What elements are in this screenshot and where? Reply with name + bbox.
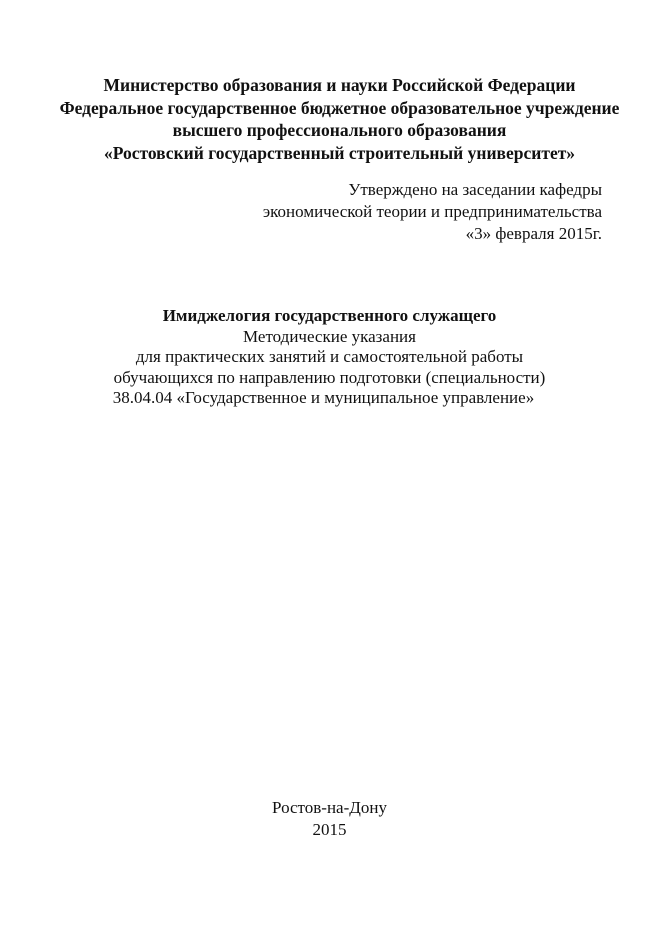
document-title: Имиджелогия государственного служащего	[0, 306, 659, 327]
document-title-block: Имиджелогия государственного служащего М…	[0, 306, 659, 409]
university-name: «Ростовский государственный строительный…	[10, 142, 659, 165]
footer-year: 2015	[0, 819, 659, 841]
approval-line-1: Утверждено на заседании кафедры	[0, 179, 602, 201]
document-subtitle: Методические указания	[0, 327, 659, 348]
institution-header: Министерство образования и науки Российс…	[10, 74, 659, 164]
ministry-name: Министерство образования и науки Российс…	[10, 74, 659, 97]
approval-note: Утверждено на заседании кафедры экономич…	[0, 179, 602, 245]
approval-department: экономической теории и предпринимательст…	[0, 201, 602, 223]
institution-type: Федеральное государственное бюджетное об…	[10, 97, 659, 120]
approval-date: «3» февраля 2015г.	[0, 223, 602, 245]
document-purpose: для практических занятий и самостоятельн…	[0, 347, 659, 368]
document-footer: Ростов-на-Дону 2015	[0, 797, 659, 841]
document-page: Министерство образования и науки Российс…	[0, 0, 659, 942]
document-audience: обучающихся по направлению подготовки (с…	[0, 368, 659, 389]
document-specialty: 38.04.04 «Государственное и муниципально…	[0, 388, 659, 409]
education-level: высшего профессионального образования	[10, 119, 659, 142]
footer-city: Ростов-на-Дону	[0, 797, 659, 819]
